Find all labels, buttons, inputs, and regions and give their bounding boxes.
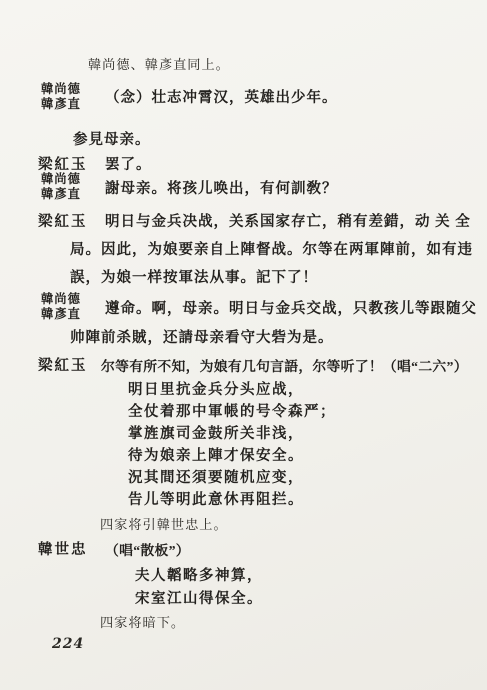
verse-line: 全仗着那中軍帳的号令森严；: [128, 403, 336, 421]
dialogue-line: 誤，为娘一样按軍法从事。記下了！: [70, 269, 318, 287]
dialogue-line: 参見母亲。: [73, 131, 151, 149]
speaker-name-han-shangde: 韓尚德: [41, 172, 81, 187]
page-number: 224: [52, 636, 84, 654]
stage-direction-exit: 四家将暗下。: [100, 615, 185, 632]
dialogue-line: 明日与金兵决战，关系国家存亡，稍有差錯，动 关 全: [105, 213, 471, 231]
dialogue-line: 局。因此，为娘要亲自上陣督战。尔等在两軍陣前，如有违: [70, 241, 473, 259]
verse-line: 待为娘亲上陣才保安全。: [128, 447, 304, 465]
verse-line: 況其間还須要随机应变，: [128, 469, 304, 487]
speaker-label-han-sons: 韓尚德 韓彥直: [41, 172, 81, 201]
verse-line: 宋室江山得保全。: [135, 590, 263, 608]
dialogue-line: 遵命。啊，母亲。明日与金兵交战，只教孩儿等跟随父: [105, 300, 477, 318]
speaker-name-han-yanzhi: 韓彥直: [41, 307, 81, 322]
speaker-label-liang-hongyu: 梁紅玉: [38, 357, 88, 375]
verse-line: 夫人韜略多神算，: [135, 567, 263, 585]
script-page: 韓尚德、韓彥直同上。 韓尚德 韓彥直 （念）壮志冲霄汉，英雄出少年。 参見母亲。…: [0, 0, 487, 690]
speaker-name-han-yanzhi: 韓彥直: [41, 187, 81, 202]
speaker-label-liang-hongyu: 梁紅玉: [38, 213, 88, 231]
verse-line: 掌旌旗司金鼓所关非浅，: [128, 425, 304, 443]
speaker-label-han-sons: 韓尚德 韓彥直: [41, 82, 81, 111]
stage-direction-entrance: 韓尚德、韓彥直同上。: [88, 57, 230, 74]
dialogue-line: 謝母亲。将孩儿唤出，有何訓敎？: [105, 180, 338, 198]
dialogue-line: 帅陣前杀賊，还請母亲看守大砦为是。: [70, 329, 334, 347]
aria-marker: （唱“散板”）: [105, 542, 190, 559]
speaker-label-han-shizhong: 韓世忠: [38, 541, 88, 559]
verse-line: 明日里抗金兵分头应战，: [128, 381, 304, 399]
speaker-name-han-yanzhi: 韓彥直: [41, 97, 81, 112]
dialogue-line: 尔等有所不知，为娘有几句言語，尔等听了！（唱“二六”）: [101, 358, 468, 375]
stage-direction-entrance-hanshizhong: 四家将引韓世忠上。: [100, 517, 228, 534]
dialogue-line: 罢了。: [105, 156, 152, 174]
speaker-label-han-sons: 韓尚德 韓彥直: [41, 292, 81, 321]
dialogue-line: （念）壮志冲霄汉，英雄出少年。: [105, 89, 338, 107]
speaker-name-han-shangde: 韓尚德: [41, 82, 81, 97]
speaker-name-han-shangde: 韓尚德: [41, 292, 81, 307]
verse-line: 告儿等明此意休再阻拦。: [128, 491, 304, 509]
